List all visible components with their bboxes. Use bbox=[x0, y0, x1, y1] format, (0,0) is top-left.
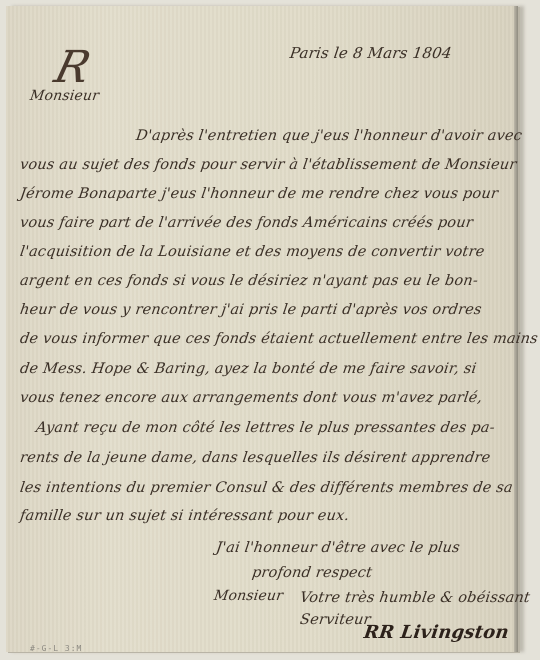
signature: RR Livingston bbox=[363, 622, 511, 643]
body-line: les intentions du premier Consul & des d… bbox=[19, 480, 514, 496]
body-line: rents de la jeune dame, dans lesquelles … bbox=[19, 450, 492, 466]
body-line: vous tenez encore aux arrangements dont … bbox=[19, 390, 483, 406]
body-line: Ayant reçu de mon côté les lettres le pl… bbox=[35, 420, 496, 436]
body-line: argent en ces fonds si vous le désiriez … bbox=[19, 273, 479, 289]
catalog-mark: #-G-L 3:M bbox=[30, 644, 82, 653]
closing-line: profond respect bbox=[251, 565, 373, 581]
paper-edge bbox=[514, 6, 518, 652]
body-line: vous faire part de l'arrivée des fonds A… bbox=[19, 215, 474, 231]
body-line: vous au sujet des fonds pour servir à l'… bbox=[19, 157, 518, 173]
body-line: de vous informer que ces fonds étaient a… bbox=[19, 331, 539, 347]
body-line: heur de vous y rencontrer j'ai pris le p… bbox=[19, 302, 483, 318]
closing-formula: Serviteur bbox=[299, 612, 372, 628]
body-line: l'acquisition de la Louisiane et des moy… bbox=[19, 244, 486, 260]
salutation: Monsieur bbox=[29, 88, 100, 104]
body-line: D'après l'entretien que j'eus l'honneur … bbox=[135, 128, 523, 144]
closing-formula: Votre très humble & obéissant bbox=[299, 590, 531, 606]
body-line: famille sur un sujet si intéressant pour… bbox=[19, 508, 350, 524]
closing-line: J'ai l'honneur d'être avec le plus bbox=[215, 540, 461, 556]
body-line: de Mess. Hope & Baring, ayez la bonté de… bbox=[19, 361, 478, 377]
dateline: Paris le 8 Mars 1804 bbox=[289, 44, 453, 62]
body-line: Jérome Bonaparte j'eus l'honneur de me r… bbox=[19, 186, 499, 202]
closing-salutation: Monsieur bbox=[213, 588, 284, 604]
